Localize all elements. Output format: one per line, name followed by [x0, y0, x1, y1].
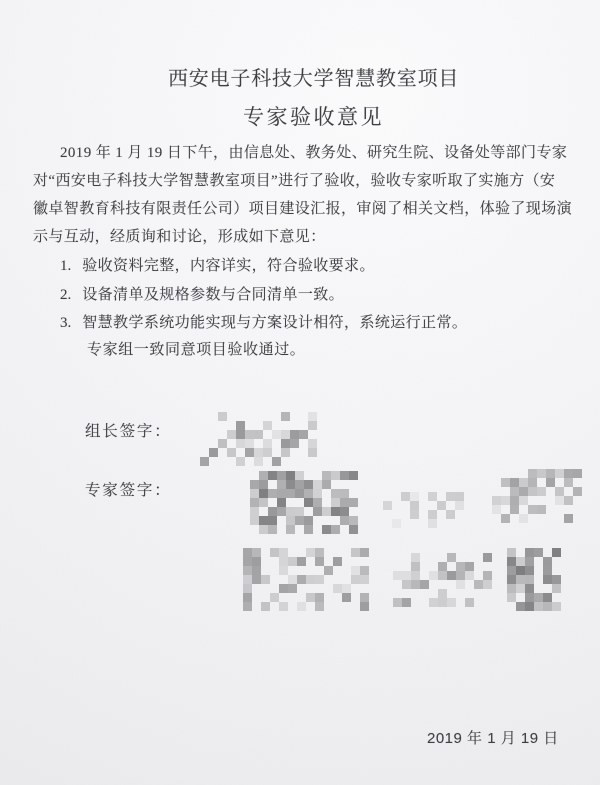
document-date: 2019 年 1 月 19 日 [427, 727, 559, 748]
pixelated-signature [200, 412, 310, 458]
expert-signature-label: 专家签字： [85, 478, 172, 500]
paragraph-line: 示与互动，经质询和讨论，形成如下意见： [33, 225, 326, 246]
document-title: 西安电子科技大学智慧教室项目 [168, 62, 459, 91]
pixelated-signature [243, 548, 363, 603]
pixelated-signature [383, 483, 463, 521]
paragraph-line: 徽卓智教育科技有限责任公司）项目建设汇报，审阅了相关文档，体验了现场演 [33, 197, 572, 218]
conclusion-line: 专家组一致同意项目验收通过。 [87, 338, 305, 359]
item-text: 智慧教学系统功能实现与方案设计相符，系统运行正常。 [82, 315, 467, 331]
paragraph-line: 2019 年 1 月 19 日下午，由信息处、教务处、研究生院、设备处等部门专家 [60, 141, 567, 162]
pixelated-signature [393, 553, 487, 601]
pixelated-signature [492, 469, 582, 519]
paragraph-line: 对“西安电子科技大学智慧教室项目”进行了验收，验收专家听取了实施方（安 [33, 169, 555, 190]
opinion-item: 1.验收资料完整，内容详实，符合验收要求。 [60, 254, 375, 275]
pixelated-signature [250, 471, 353, 531]
item-number: 3. [60, 315, 71, 332]
document-page: 西安电子科技大学智慧教室项目 专家验收意见 2019 年 1 月 19 日下午，… [0, 0, 600, 785]
item-text: 设备清单及规格参数与合同清单一致。 [82, 287, 344, 303]
document-subtitle: 专家验收意见 [243, 101, 384, 131]
leader-signature-label: 组长签字： [85, 419, 172, 441]
item-text: 验收资料完整，内容详实，符合验收要求。 [82, 258, 375, 274]
item-number: 2. [60, 287, 71, 304]
item-number: 1. [60, 258, 71, 275]
opinion-item: 2.设备清单及规格参数与合同清单一致。 [60, 283, 344, 304]
pixelated-signature [507, 548, 553, 603]
opinion-item: 3.智慧教学系统功能实现与方案设计相符，系统运行正常。 [60, 311, 467, 332]
